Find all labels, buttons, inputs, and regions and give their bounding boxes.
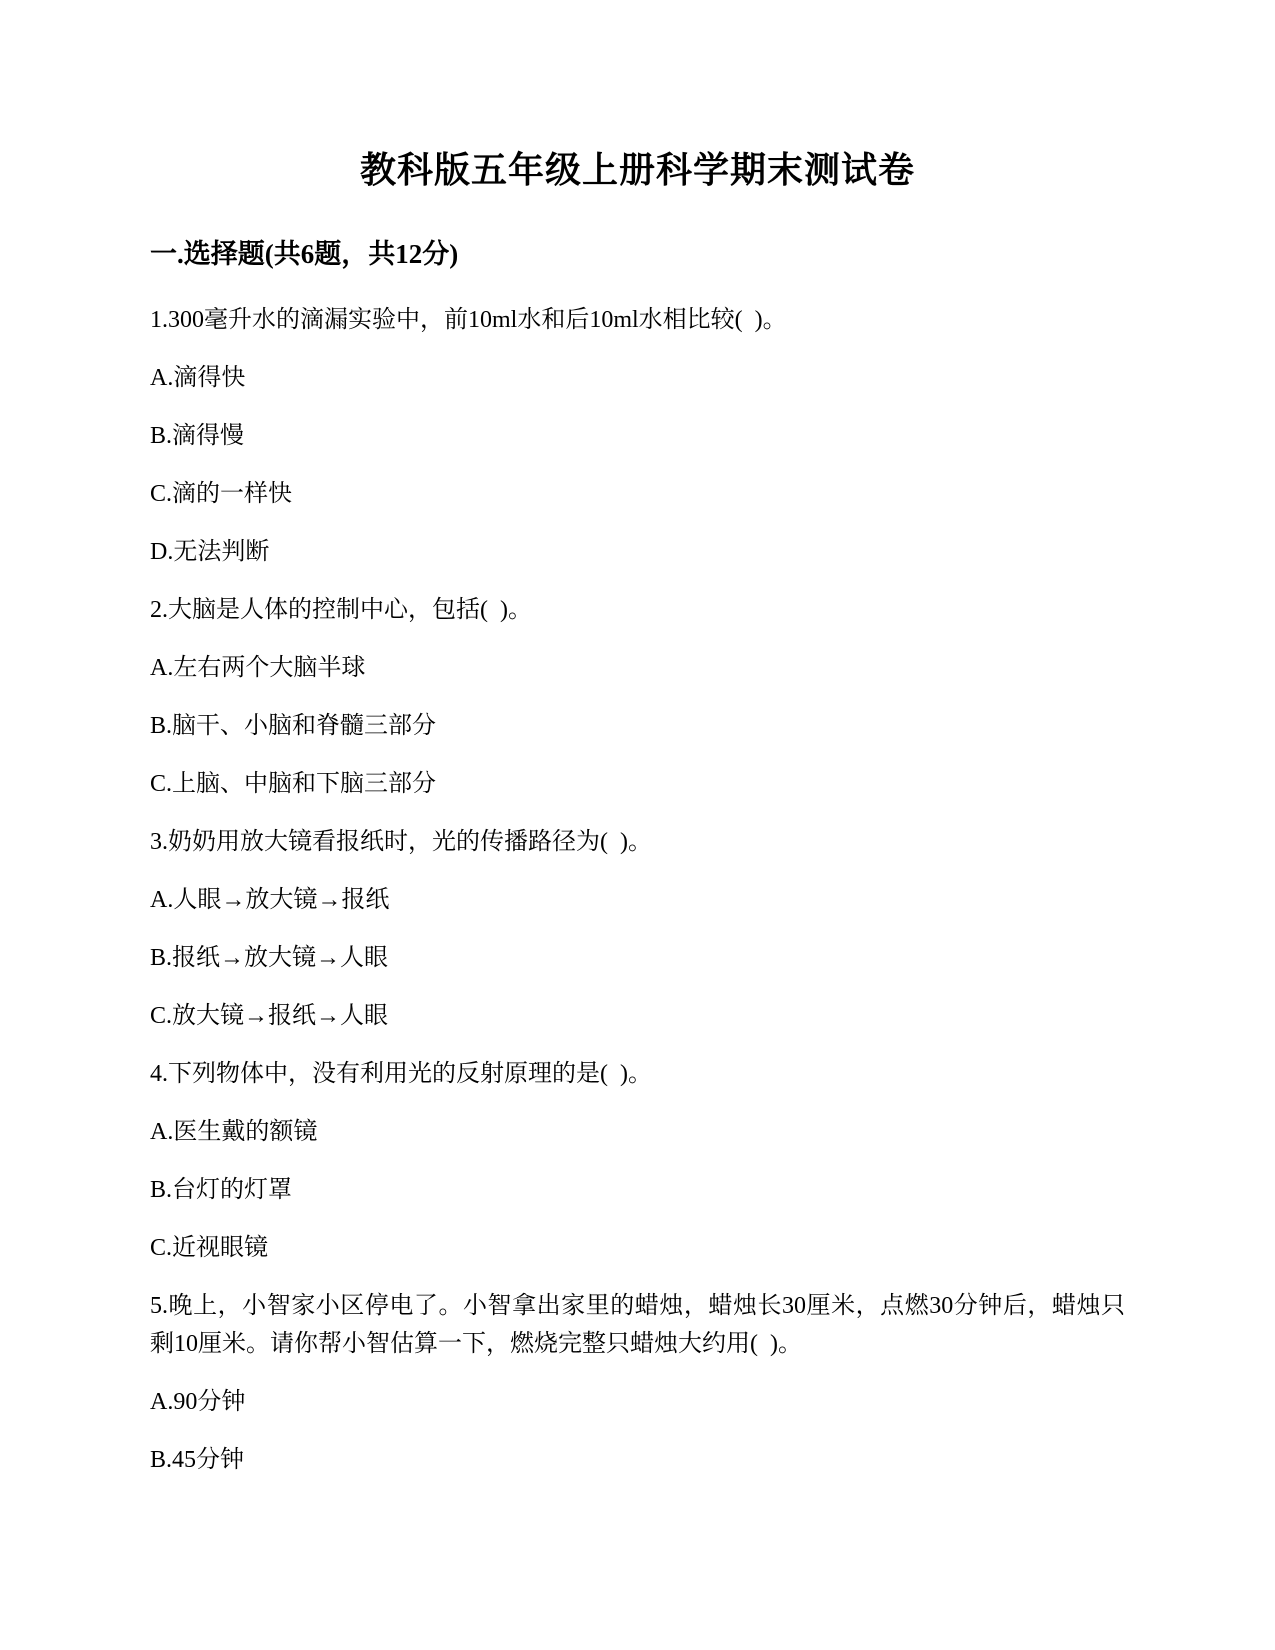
option-item: A.左右两个大脑半球 [150,649,1125,687]
option-item: C.放大镜→报纸→人眼 [150,997,1125,1035]
option-item: D.无法判断 [150,533,1125,571]
page-title: 教科版五年级上册科学期末测试卷 [150,147,1125,193]
option-item: B.45分钟 [150,1441,1125,1479]
question-text: 2.大脑是人体的控制中心，包括( )。 [150,591,1125,629]
option-item: C.滴的一样快 [150,475,1125,513]
option-item: A.医生戴的额镜 [150,1113,1125,1151]
option-item: A.90分钟 [150,1383,1125,1421]
question-text: 1.300毫升水的滴漏实验中，前10ml水和后10ml水相比较( )。 [150,301,1125,339]
question-text: 3.奶奶用放大镜看报纸时，光的传播路径为( )。 [150,823,1125,861]
section-heading: 一.选择题(共6题，共12分) [150,235,1125,273]
option-item: B.滴得慢 [150,417,1125,455]
option-item: B.报纸→放大镜→人眼 [150,939,1125,977]
option-item: A.人眼→放大镜→报纸 [150,881,1125,919]
question-text: 4.下列物体中，没有利用光的反射原理的是( )。 [150,1055,1125,1093]
option-item: C.近视眼镜 [150,1229,1125,1267]
option-item: B.脑干、小脑和脊髓三部分 [150,707,1125,745]
option-item: C.上脑、中脑和下脑三部分 [150,765,1125,803]
question-text: 5.晚上，小智家小区停电了。小智拿出家里的蜡烛，蜡烛长30厘米，点燃30分钟后，… [150,1287,1125,1363]
option-item: A.滴得快 [150,359,1125,397]
option-item: B.台灯的灯罩 [150,1171,1125,1209]
document-page: 教科版五年级上册科学期末测试卷 一.选择题(共6题，共12分) 1.300毫升水… [0,0,1275,1650]
